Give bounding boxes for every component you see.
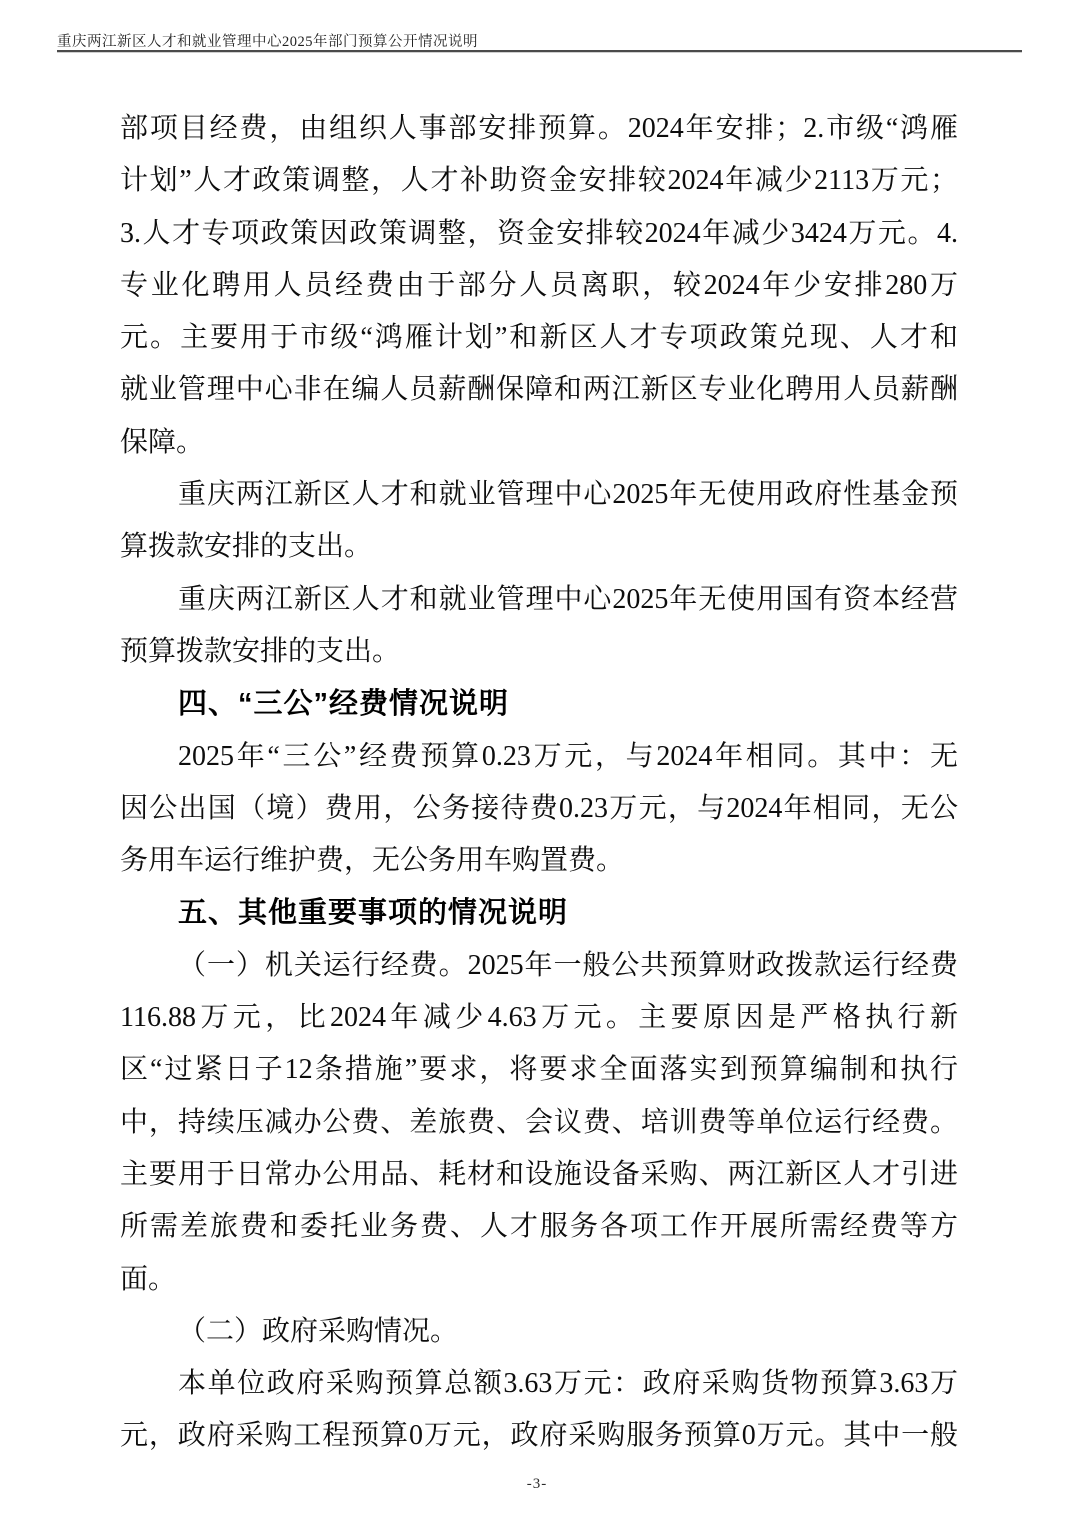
footer-page-number: -3- bbox=[527, 1476, 548, 1492]
text-line: 主要用于日常办公用品、耗材和设施设备采购、两江新区人才引进 bbox=[120, 1149, 958, 1201]
header-rule bbox=[57, 50, 1022, 53]
paragraph: 重庆两江新区人才和就业管理中心2025年无使用政府性基金预算拨款安排的支出。 bbox=[120, 469, 958, 574]
text-line: 重庆两江新区人才和就业管理中心2025年无使用国有资本经营 bbox=[120, 574, 958, 626]
text-line: 元，政府采购工程预算0万元，政府采购服务预算0万元。其中一般 bbox=[120, 1410, 958, 1462]
section-heading: 四、“三公”经费情况说明 bbox=[120, 678, 958, 730]
text-line: 保障。 bbox=[120, 417, 958, 469]
paragraph: （二）政府采购情况。 bbox=[120, 1306, 958, 1358]
text-line: 就业管理中心非在编人员薪酬保障和两江新区专业化聘用人员薪酬 bbox=[120, 364, 958, 416]
text-line: 所需差旅费和委托业务费、人才服务各项工作开展所需经费等方 bbox=[120, 1201, 958, 1253]
text-line: 务用车运行维护费，无公务用车购置费。 bbox=[120, 835, 958, 887]
text-line: 本单位政府采购预算总额3.63万元：政府采购货物预算3.63万 bbox=[120, 1358, 958, 1410]
text-line: 元。主要用于市级“鸿雁计划”和新区人才专项政策兑现、人才和 bbox=[120, 312, 958, 364]
document-page: 重庆两江新区人才和就业管理中心2025年部门预算公开情况说明 部项目经费，由组织… bbox=[0, 0, 1074, 1520]
document-body: 部项目经费，由组织人事部安排预算。2024年安排；2.市级“鸿雁计划”人才政策调… bbox=[120, 103, 958, 1463]
text-line: 计划”人才政策调整，人才补助资金安排较2024年减少2113万元； bbox=[120, 155, 958, 207]
text-line: 面。 bbox=[120, 1254, 958, 1306]
text-line: （一）机关运行经费。2025年一般公共预算财政拨款运行经费 bbox=[120, 940, 958, 992]
section-heading: 五、其他重要事项的情况说明 bbox=[120, 887, 958, 939]
header-title: 重庆两江新区人才和就业管理中心2025年部门预算公开情况说明 bbox=[57, 30, 478, 51]
paragraph: 部项目经费，由组织人事部安排预算。2024年安排；2.市级“鸿雁计划”人才政策调… bbox=[120, 103, 958, 469]
text-line: 因公出国（境）费用，公务接待费0.23万元，与2024年相同，无公 bbox=[120, 783, 958, 835]
paragraph: 重庆两江新区人才和就业管理中心2025年无使用国有资本经营预算拨款安排的支出。 bbox=[120, 574, 958, 679]
text-line: 116.88万元，比2024年减少4.63万元。主要原因是严格执行新 bbox=[120, 992, 958, 1044]
text-line: 部项目经费，由组织人事部安排预算。2024年安排；2.市级“鸿雁 bbox=[120, 103, 958, 155]
text-line: 算拨款安排的支出。 bbox=[120, 521, 958, 573]
text-line: 重庆两江新区人才和就业管理中心2025年无使用政府性基金预 bbox=[120, 469, 958, 521]
page-footer: -3- bbox=[0, 1476, 1074, 1493]
paragraph: （一）机关运行经费。2025年一般公共预算财政拨款运行经费116.88万元，比2… bbox=[120, 940, 958, 1306]
text-line: （二）政府采购情况。 bbox=[120, 1306, 958, 1358]
text-line: 预算拨款安排的支出。 bbox=[120, 626, 958, 678]
text-line: 区“过紧日子12条措施”要求，将要求全面落实到预算编制和执行 bbox=[120, 1044, 958, 1096]
paragraph: 2025年“三公”经费预算0.23万元，与2024年相同。其中：无因公出国（境）… bbox=[120, 731, 958, 888]
text-line: 五、其他重要事项的情况说明 bbox=[120, 887, 958, 939]
text-line: 3.人才专项政策因政策调整，资金安排较2024年减少3424万元。4. bbox=[120, 208, 958, 260]
text-line: 专业化聘用人员经费由于部分人员离职，较2024年少安排280万 bbox=[120, 260, 958, 312]
text-line: 中，持续压减办公费、差旅费、会议费、培训费等单位运行经费。 bbox=[120, 1097, 958, 1149]
paragraph: 本单位政府采购预算总额3.63万元：政府采购货物预算3.63万元，政府采购工程预… bbox=[120, 1358, 958, 1463]
text-line: 四、“三公”经费情况说明 bbox=[120, 678, 958, 730]
text-line: 2025年“三公”经费预算0.23万元，与2024年相同。其中：无 bbox=[120, 731, 958, 783]
